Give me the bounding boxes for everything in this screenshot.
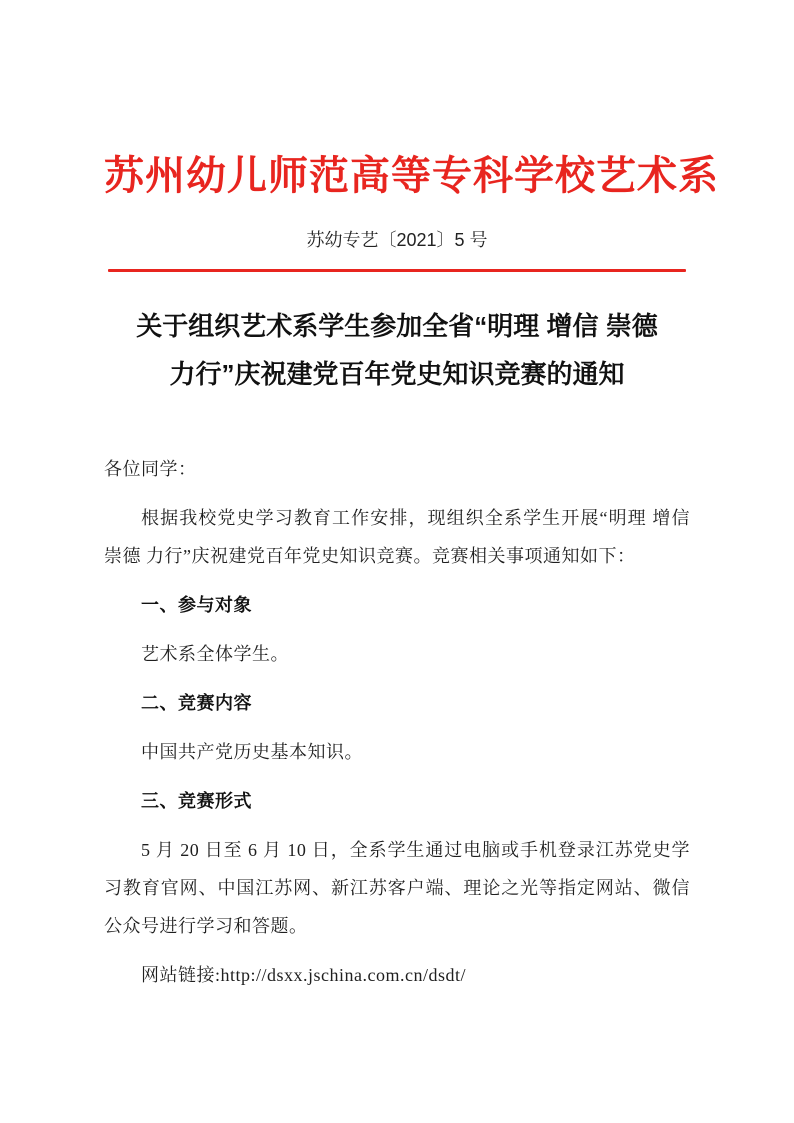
salutation: 各位同学： bbox=[104, 450, 690, 488]
document-page: 苏州幼儿师范高等专科学校艺术系 苏幼专艺〔2021〕5 号 关于组织艺术系学生参… bbox=[0, 0, 794, 1123]
section-1-heading: 一、参与对象 bbox=[104, 586, 690, 624]
doc-title: 关于组织艺术系学生参加全省“明理 增信 崇德 力行”庆祝建党百年党史知识竞赛的通… bbox=[104, 302, 690, 398]
letterhead: 苏州幼儿师范高等专科学校艺术系 苏幼专艺〔2021〕5 号 bbox=[104, 150, 690, 272]
website-link-url: http://dsxx.jschina.com.cn/dsdt/ bbox=[221, 965, 466, 985]
doc-title-line-2: 力行”庆祝建党百年党史知识竞赛的通知 bbox=[104, 350, 690, 398]
header-divider-rule bbox=[108, 269, 686, 272]
doc-number: 苏幼专艺〔2021〕5 号 bbox=[104, 228, 690, 252]
section-3-content: 5 月 20 日至 6 月 10 日，全系学生通过电脑或手机登录江苏党史学习教育… bbox=[104, 831, 690, 945]
doc-title-line-1: 关于组织艺术系学生参加全省“明理 增信 崇德 bbox=[104, 302, 690, 350]
section-1-content: 艺术系全体学生。 bbox=[104, 635, 690, 673]
section-2-content: 中国共产党历史基本知识。 bbox=[104, 733, 690, 771]
org-title: 苏州幼儿师范高等专科学校艺术系 bbox=[104, 150, 690, 202]
section-2-heading: 二、竞赛内容 bbox=[104, 684, 690, 722]
website-link-label: 网站链接: bbox=[141, 965, 221, 985]
document-body: 各位同学： 根据我校党史学习教育工作安排，现组织全系学生开展“明理 增信 崇德 … bbox=[104, 450, 690, 994]
website-link-line: 网站链接:http://dsxx.jschina.com.cn/dsdt/ bbox=[104, 956, 690, 994]
intro-paragraph: 根据我校党史学习教育工作安排，现组织全系学生开展“明理 增信 崇德 力行”庆祝建… bbox=[104, 499, 690, 575]
section-3-heading: 三、竞赛形式 bbox=[104, 782, 690, 820]
